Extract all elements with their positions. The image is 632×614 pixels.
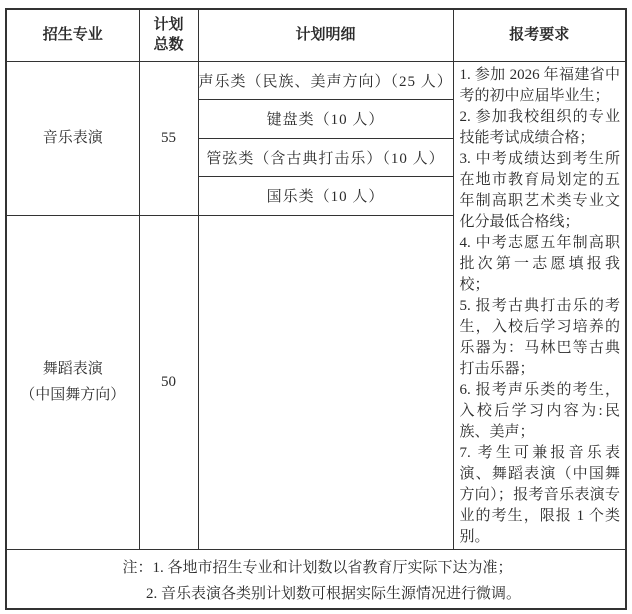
header-total: 计划 总数	[139, 9, 198, 61]
requirement-item: 4. 中考志愿五年制高职批次第一志愿填报我校；	[460, 233, 621, 296]
requirement-item: 5. 报考古典打击乐的考生，入校后学习培养的乐器为：马林巴等古典打击乐器；	[460, 296, 621, 380]
header-major: 招生专业	[6, 9, 139, 61]
document-page: 招生专业 计划 总数 计划明细 报考要求 音乐表演 55 声乐类（民族、美声方向…	[0, 0, 632, 614]
header-detail: 计划明细	[198, 9, 453, 61]
detail-keyboard: 键盘类（10 人）	[198, 99, 453, 138]
total-music-performance: 55	[139, 61, 198, 215]
detail-orchestral: 管弦类（含古典打击乐）（10 人）	[198, 138, 453, 176]
notes-cell: 注：1. 各地市招生专业和计划数以省教育厅实际下达为准； 2. 音乐表演各类别计…	[6, 549, 626, 609]
detail-empty-cell	[198, 215, 453, 549]
enrollment-plan-table: 招生专业 计划 总数 计划明细 报考要求 音乐表演 55 声乐类（民族、美声方向…	[5, 8, 627, 610]
total-dance-performance: 50	[139, 215, 198, 549]
detail-vocal: 声乐类（民族、美声方向）（25 人）	[198, 61, 453, 99]
major-dance-performance: 舞蹈表演 （中国舞方向）	[6, 215, 139, 549]
table-notes-row: 注：1. 各地市招生专业和计划数以省教育厅实际下达为准； 2. 音乐表演各类别计…	[6, 549, 626, 609]
requirements-cell: 1. 参加 2026 年福建省中考的初中应届毕业生； 2. 参加我校组织的专业技…	[453, 61, 626, 549]
note-line-1: 注：1. 各地市招生专业和计划数以省教育厅实际下达为准；	[14, 555, 621, 581]
note-line-2: 2. 音乐表演各类别计划数可根据实际生源情况进行微调。	[14, 581, 621, 607]
requirement-item: 3. 中考成绩达到考生所在地市教育局划定的五年制高职艺术类专业文化分最低合格线；	[460, 149, 621, 233]
table-header-row: 招生专业 计划 总数 计划明细 报考要求	[6, 9, 626, 61]
detail-chinese-music: 国乐类（10 人）	[198, 176, 453, 215]
requirement-item: 2. 参加我校组织的专业技能考试成绩合格；	[460, 107, 621, 149]
major-music-performance: 音乐表演	[6, 61, 139, 215]
requirement-item: 6. 报考声乐类的考生，入校后学习内容为:民族、美声；	[460, 380, 621, 443]
table-row: 音乐表演 55 声乐类（民族、美声方向）（25 人） 1. 参加 2026 年福…	[6, 61, 626, 99]
requirement-item: 7. 考生可兼报音乐表演、舞蹈表演（中国舞方向）；报考音乐表演专业的考生，限报 …	[460, 443, 621, 548]
header-requirements: 报考要求	[453, 9, 626, 61]
requirement-item: 1. 参加 2026 年福建省中考的初中应届毕业生；	[460, 65, 621, 107]
